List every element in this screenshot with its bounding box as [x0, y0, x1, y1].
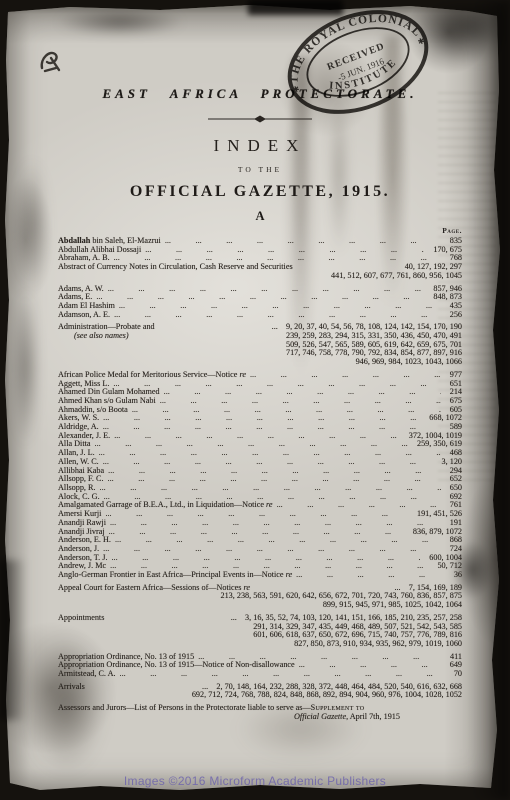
index-title: INDEX	[58, 136, 462, 156]
entry-pages-continuation: 692, 712, 724, 768, 788, 824, 848, 868, …	[58, 691, 462, 700]
scanned-document-page: THE ROYAL COLONIAL INSTITUTE RECEIVED -5…	[0, 0, 510, 800]
dot-leader: ... ... ... ... ... ... ... ... ... ... …	[299, 661, 441, 670]
dot-leader: ... ... ... ... ... ... ... ... ... ... …	[113, 380, 440, 389]
dot-leader: ... ... ... ... ... ... ... ... ... ... …	[145, 246, 424, 255]
dot-leader: ... ... ... ... ... ... ... ... ... ... …	[99, 449, 441, 458]
page-content: EAST AFRICA PROTECTORATE. INDEX TO THE O…	[0, 0, 510, 800]
index-entry: Allibhai Kaba... ... ... ... ... ... ...…	[58, 467, 462, 476]
gazette-title: OFFICIAL GAZETTE, 1915.	[58, 183, 462, 201]
dot-leader: ... ... ... ... ... ... ... ... ... ... …	[108, 475, 441, 484]
index-entry: Anglo-German Frontier in East Africa—Pri…	[58, 571, 462, 580]
index-entry: Anderson, E. H.... ... ... ... ... ... .…	[58, 536, 462, 545]
dot-leader: ... ... ... ... ... ... ... ... ... ... …	[108, 285, 425, 294]
stamp-inner-ring	[298, 15, 418, 109]
entry-name: Armitstead, C. A.	[58, 670, 116, 679]
index-entry: Abdullah Alibhai Dossaji... ... ... ... …	[58, 246, 462, 255]
entry-name: Appointments	[58, 614, 104, 623]
index-entry: Amalgamated Garrage of B.E.A., Ltd., in …	[58, 501, 462, 510]
dot-leader: ... ... ... ... ... ... ... ... ... ... …	[114, 432, 400, 441]
index-entry: Anandji Rawji... ... ... ... ... ... ...…	[58, 519, 462, 528]
entry-pages-continuation: 899, 915, 945, 971, 985, 1025, 1042, 106…	[58, 601, 462, 610]
entry-pages-continuation: 827, 850, 873, 910, 934, 935, 962, 979, …	[58, 640, 462, 649]
index-entry: Appointments... 3, 16, 35, 52, 74, 103, …	[58, 614, 462, 649]
index-entry: Adams, A. W.... ... ... ... ... ... ... …	[58, 285, 462, 294]
index-entry: Administration—Probate and(see also name…	[58, 323, 462, 367]
entry-pages: ... 9, 20, 37, 40, 54, 56, 78, 108, 124,…	[216, 323, 462, 367]
dot-leader: ... ... ... ... ... ... ... ... ... ... …	[103, 545, 441, 554]
index-entry: African Police Medal for Meritorious Ser…	[58, 371, 462, 380]
index-entry: Aldridge, A.... ... ... ... ... ... ... …	[58, 423, 462, 432]
index-entry: Arrivals... 2, 70, 148, 164, 232, 288, 3…	[58, 683, 462, 700]
entry-name: Anglo-German Frontier in East Africa—Pri…	[58, 571, 292, 580]
dot-leader: ... ... ... ... ... ... ... ... ... ... …	[100, 484, 441, 493]
dot-leader: ... ... ... ... ... ... ... ... ... ... …	[112, 554, 421, 563]
dot-leader: ... ... ... ... ... ... ... ... ... ... …	[103, 423, 441, 432]
ornamental-divider	[208, 115, 312, 123]
dot-leader: ... ... ... ... ... ... ... ... ... ... …	[114, 311, 441, 320]
index-entry: Amersi Kurji... ... ... ... ... ... ... …	[58, 510, 462, 519]
dot-leader: ... ... ... ... ... ... ... ... ... ... …	[110, 519, 441, 528]
entry-pages-continuation: 441, 512, 607, 677, 761, 860, 956, 1045	[58, 272, 462, 281]
index-entry: Assessors and Jurors—List of Persons in …	[58, 704, 462, 721]
index-entry: Adam El Hashim... ... ... ... ... ... ..…	[58, 302, 462, 311]
dot-leader: ... ... ... ... ... ... ... ... ... ... …	[132, 406, 441, 415]
index-subtitle: TO THE	[58, 165, 462, 174]
entry-pages: 70	[449, 670, 462, 679]
dot-leader: ... ... ... ... ... ... ... ... ... ... …	[103, 414, 420, 423]
entry-pages: 256	[445, 311, 462, 320]
index-entry: Adamson, A. E.... ... ... ... ... ... ..…	[58, 311, 462, 320]
dot-leader: ... ... ... ... ... ... ... ... ... ... …	[96, 293, 424, 302]
index-entry: Allen, W. C.... ... ... ... ... ... ... …	[58, 458, 462, 467]
index-entry: Anderson, J.... ... ... ... ... ... ... …	[58, 545, 462, 554]
dot-leader: ... ... ... ... ... ... ... ... ... ... …	[119, 302, 441, 311]
section-letter: A	[58, 209, 462, 224]
index-entry: Appropriation Ordinance, No. 13 of 1915—…	[58, 661, 462, 670]
index-entry: Alla Ditta... ... ... ... ... ... ... ..…	[58, 440, 462, 449]
entry-name: Abstract of Currency Notes in Circulatio…	[58, 263, 293, 272]
index-entry: Akers, W. S.... ... ... ... ... ... ... …	[58, 414, 462, 423]
dot-leader: ... ... ... ... ... ... ... ... ... ... …	[108, 467, 441, 476]
index-entry: Allsopp, F. C.... ... ... ... ... ... ..…	[58, 475, 462, 484]
dot-leader: ... ... ... ... ... ... ... ... ... ... …	[115, 536, 441, 545]
index-entry: Allsopp, R.... ... ... ... ... ... ... .…	[58, 484, 462, 493]
index-list: Abdallah bin Saleh, El-Mazrui... ... ...…	[58, 237, 462, 722]
dot-leader: ... ... ... ... ... ... ... ... ... ... …	[120, 670, 445, 679]
entry-name: Administration—Probate and	[58, 322, 155, 331]
index-entry: Alexander, J. E.... ... ... ... ... ... …	[58, 432, 462, 441]
dot-leader: ... ... ... ... ... ... ... ... ... ... …	[296, 571, 445, 580]
dot-leader: ... ... ... ... ... ... ... ... ... ... …	[95, 440, 408, 449]
dot-leader: ... ... ... ... ... ... ... ... ... ... …	[250, 371, 441, 380]
index-entry: Appeal Court for Eastern Africa—Sessions…	[58, 584, 462, 610]
page-column-label: Page.	[58, 226, 462, 235]
entry-name: Adamson, A. E.	[58, 311, 110, 320]
entry-subname: (see also names)	[58, 332, 216, 341]
entry-pages: 36	[449, 571, 462, 580]
index-entry: Adams, E.... ... ... ... ... ... ... ...…	[58, 293, 462, 302]
index-entry: Armitstead, C. A.... ... ... ... ... ...…	[58, 670, 462, 679]
index-entry: Abstract of Currency Notes in Circulatio…	[58, 263, 462, 280]
entry-name: Arrivals	[58, 683, 85, 692]
dot-leader: ... ... ... ... ... ... ... ... ... ... …	[164, 388, 441, 397]
dot-leader: ... ... ... ... ... ... ... ... ... ... …	[103, 458, 433, 467]
dot-leader: ... ... ... ... ... ... ... ... ... ... …	[109, 528, 404, 537]
index-entry: Anandji Jivraj... ... ... ... ... ... ..…	[58, 528, 462, 537]
dot-leader: ... ... ... ... ... ... ... ... ... ... …	[105, 510, 408, 519]
entry-reference-line: Official Gazette, April 7th, 1915	[58, 713, 400, 722]
dot-leader: ... ... ... ... ... ... ... ... ... ... …	[165, 237, 441, 246]
index-entry: Anderson, T. J.... ... ... ... ... ... .…	[58, 554, 462, 563]
dot-leader: ... ... ... ... ... ... ... ... ... ... …	[160, 397, 441, 406]
archive-watermark: Images ©2016 Microform Academic Publishe…	[0, 774, 510, 788]
index-entry: Allan, J. L.... ... ... ... ... ... ... …	[58, 449, 462, 458]
index-entry: Ahmaddin, s/o Boota... ... ... ... ... .…	[58, 406, 462, 415]
